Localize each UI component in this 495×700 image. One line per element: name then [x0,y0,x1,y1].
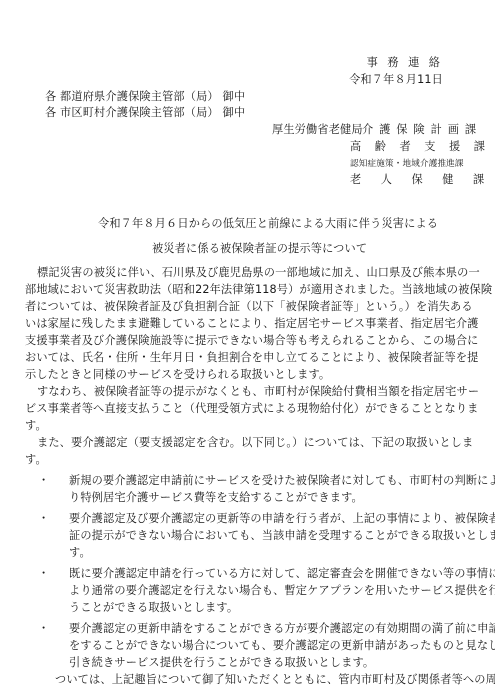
bullet-marker: ・ [38,474,49,488]
bullet-line: 要介護認定及び要介護認定の更新等の申請を行う者が、上記の事情により、被保険者 [69,512,495,526]
recipient-municipalities: 各 市区町村介護保険主管部（局） 御中 [45,106,245,120]
closing-line: ついては、上記趣旨について御了知いただくとともに、管内市町村及び関係者等への周 [55,673,495,687]
body-line: ビス事業者等へ直接支払うこと（代理受領方式による現物給付化）ができることとなりま [25,402,479,416]
sender-elderly-support: 高 齢 者 支 援 課 [350,140,490,154]
document-title-line1: 令和７年８月６日からの低気圧と前線による大雨に伴う災害による [98,217,438,231]
bullet-line: り特例居宅介護サービス費等を支給することができます。 [69,491,363,505]
sender-elderly-health: 老 人 保 健 課 [350,173,492,187]
body-line: また、要介護認定（要支援認定を含む。以下同じ。）については、下記の取扱いとしま [37,436,473,450]
bullet-line: す。 [69,546,91,560]
recipient-prefectures: 各 都道府県介護保険主管部（局） 御中 [45,90,245,104]
bullet-marker: ・ [38,512,49,526]
document-title-line2: 被災者に係る被保険者証の提示等について [152,242,367,256]
sender-ministry: 厚生労働省老健局 [272,123,363,137]
body-line: すなわち、被保険者証等の提示がなくとも、市町村が保険給付費相当額を指定居宅サー [37,385,479,399]
body-line: おいては、氏名・住所・生年月日・負担割合を申し立てることにより、被保険者証等を提 [25,351,479,365]
body-line: 支援事業者及び介護保険施設等に提示できない場合等も考えられることから、この場合に [25,334,479,348]
body-line: 示したときと同様のサービスを受けられる取扱いとします。 [25,368,330,382]
body-line: 部地域において災害救助法（昭和22年法律第118号）が適用されました。当該地域の… [25,283,492,297]
bullet-line: うことができる取扱いとします。 [69,601,238,615]
doc-type-label: 事 務 連 絡 [367,56,443,70]
body-line: 標記災害の被災に伴い、石川県及び鹿児島県の一部地域に加え、山口県及び熊本県の一 [37,266,480,280]
bullet-line: 要介護認定の更新申請をすることができる方が要介護認定の有効期間の満了前に申請 [69,622,495,636]
bullet-line: 証の提示ができない場合においても、当該申請を受理することができる取扱いとしま [69,529,495,543]
body-line: いは家屋に残したまま避難していることにより、指定居宅サービス事業者、指定居宅介護 [25,317,479,331]
bullet-line: をすることができない場合についても、要介護認定の更新申請があったものと見なし [69,639,495,653]
body-line: す。 [25,453,47,467]
bullet-line: より通常の要介護認定を行えない場合も、暫定ケアプランを用いたサービス提供を行 [69,584,495,598]
body-line: す。 [25,419,47,433]
body-line: 者については、被保険者証及び負担割合証（以下「被保険者証等」という。）を消失ある [25,300,473,314]
bullet-marker: ・ [38,622,49,636]
sender-dementia-policy: 認知症施策・地域介護推進課 [350,157,464,171]
doc-date: 令和７年８月11日 [349,73,443,87]
sender-care-insurance-planning: 介 護 保 険 計 画 課 [362,123,477,137]
bullet-line: 既に要介護認定申請を行っている方に対して、認定審査会を開催できない等の事情に [69,567,495,581]
bullet-line: 新規の要介護認定申請前にサービスを受けた被保険者に対しても、市町村の判断によ [69,474,495,488]
bullet-line: 引き続きサービス提供を行うことができる取扱いとします。 [69,656,374,670]
bullet-marker: ・ [38,567,49,581]
